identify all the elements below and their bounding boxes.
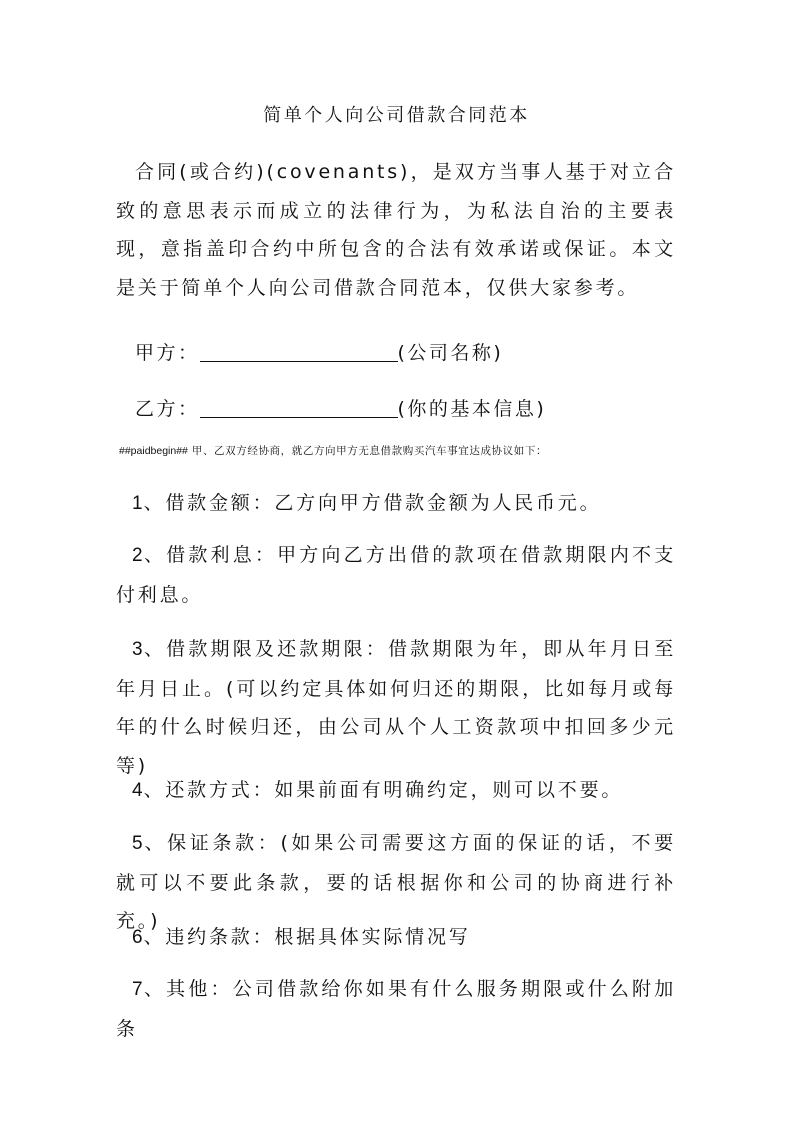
clause-number: 1 — [116, 493, 144, 514]
intro-paragraph: 合同(或合约)(covenants)，是双方当事人基于对立合致的意思表示而成立的… — [116, 153, 676, 307]
intro-text: 合同(或合约)(covenants)，是双方当事人基于对立合致的意思表示而成立的… — [116, 161, 676, 299]
agreement-intro-text: 甲、乙双方经协商，就乙方向甲方无息借款购买汽车事宜达成协议如下： — [188, 445, 547, 457]
party-b-hint: (你的基本信息) — [398, 398, 547, 420]
party-a-hint: (公司名称) — [398, 342, 504, 364]
clause-2: 2、借款利息：甲方向乙方出借的款项在借款期限内不支付利息。 — [116, 536, 676, 614]
clause-number: 7 — [116, 979, 144, 1000]
clause-text: 、保证条款：(如果公司需要这方面的保证的话，不要就可以不要此条款，要的话根据你和… — [116, 832, 676, 932]
clause-text: 、违约条款：根据具体实际情况写 — [144, 926, 471, 948]
clause-text: 、借款金额：乙方向甲方借款金额为人民币元。 — [144, 492, 602, 514]
clause-number: 4 — [116, 780, 144, 801]
party-b-line: 乙方：(你的基本信息) — [135, 396, 546, 422]
clause-3: 3、借款期限及还款期限：借款期限为年，即从年月日至年月日止。(可以约定具体如何归… — [116, 630, 676, 785]
clause-text: 、借款利息：甲方向乙方出借的款项在借款期限内不支付利息。 — [116, 544, 676, 606]
party-a-line: 甲方：(公司名称) — [135, 340, 503, 366]
party-b-label: 乙方： — [135, 398, 200, 420]
party-a-blank-field — [200, 341, 398, 362]
clause-6: 6、违约条款：根据具体实际情况写 — [116, 918, 676, 958]
clause-text: 、借款期限及还款期限：借款期限为年，即从年月日至年月日止。(可以约定具体如何归还… — [116, 638, 676, 777]
clause-7: 7、其他：公司借款给你如果有什么服务期限或什么附加条 — [116, 970, 676, 1048]
party-a-label: 甲方： — [135, 342, 200, 364]
clause-1: 1、借款金额：乙方向甲方借款金额为人民币元。 — [116, 484, 676, 524]
agreement-intro-line: ##paidbegin## 甲、乙双方经协商，就乙方向甲方无息借款购买汽车事宜达… — [119, 443, 547, 459]
clause-text: 、还款方式：如果前面有明确约定，则可以不要。 — [144, 779, 624, 801]
party-b-blank-field — [200, 397, 398, 418]
clause-number: 6 — [116, 927, 144, 948]
paid-begin-tag: ##paidbegin## — [119, 445, 188, 457]
clause-number: 2 — [116, 545, 144, 566]
document-title: 简单个人向公司借款合同范本 — [0, 103, 793, 129]
document-page: 简单个人向公司借款合同范本 合同(或合约)(covenants)，是双方当事人基… — [0, 0, 793, 1122]
clause-number: 3 — [116, 639, 144, 660]
clause-number: 5 — [116, 833, 144, 854]
clause-text: 、其他：公司借款给你如果有什么服务期限或什么附加条 — [116, 978, 676, 1040]
clause-4: 4、还款方式：如果前面有明确约定，则可以不要。 — [116, 771, 676, 811]
